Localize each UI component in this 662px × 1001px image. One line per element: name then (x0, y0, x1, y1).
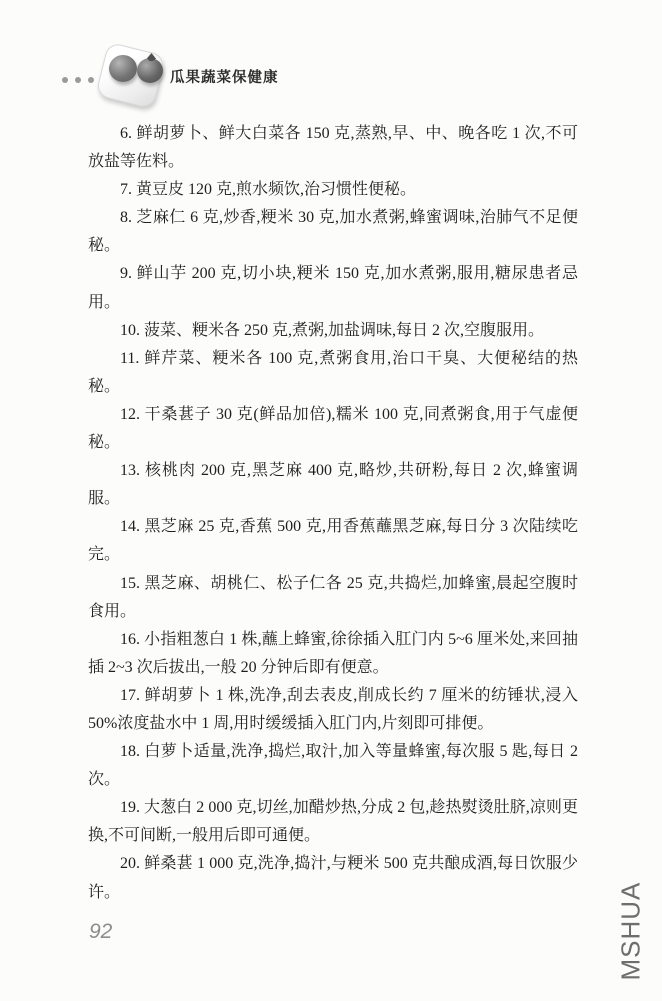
remedy-item-14: 14. 黑芝麻 25 克,香蕉 500 克,用香蕉蘸黑芝麻,每日分 3 次陆续吃… (88, 513, 578, 569)
publisher-watermark: MSHUA (616, 885, 647, 981)
tomato-left-icon (109, 55, 137, 82)
three-dots-icon (62, 77, 94, 83)
remedy-item-17: 17. 鲜胡萝卜 1 株,洗净,刮去表皮,削成长约 7 厘米的纺锤状,浸入 50… (88, 682, 578, 738)
remedy-item-20: 20. 鲜桑葚 1 000 克,洗净,捣汁,与粳米 500 克共酿成酒,每日饮服… (88, 850, 578, 906)
remedy-item-13: 13. 核桃肉 200 克,黑芝麻 400 克,略炒,共研粉,每日 2 次,蜂蜜… (88, 457, 578, 513)
book-page: 瓜果蔬菜保健康 6. 鲜胡萝卜、鲜大白菜各 150 克,蒸熟,早、中、晚各吃 1… (0, 0, 662, 1001)
remedy-item-9: 9. 鲜山芋 200 克,切小块,粳米 150 克,加水煮粥,服用,糖尿患者忌用… (88, 260, 578, 316)
remedy-item-7: 7. 黄豆皮 120 克,煎水频饮,治习惯性便秘。 (88, 176, 578, 204)
remedy-item-10: 10. 菠菜、粳米各 250 克,煮粥,加盐调味,每日 2 次,空腹服用。 (88, 317, 578, 345)
page-number: 92 (89, 920, 112, 944)
remedy-item-11: 11. 鲜芹菜、粳米各 100 克,煮粥食用,治口干臭、大便秘结的热秘。 (88, 345, 578, 401)
dot-icon (62, 77, 68, 83)
tomato-right-icon (137, 58, 163, 83)
remedy-item-8: 8. 芝麻仁 6 克,炒香,粳米 30 克,加水煮粥,蜂蜜调味,治肺气不足便秘。 (88, 204, 578, 260)
remedy-list: 6. 鲜胡萝卜、鲜大白菜各 150 克,蒸熟,早、中、晚各吃 1 次,不可放盐等… (88, 120, 578, 907)
chapter-title: 瓜果蔬菜保健康 (170, 66, 279, 87)
remedy-item-15: 15. 黑芝麻、胡桃仁、松子仁各 25 克,共捣烂,加蜂蜜,晨起空腹时食用。 (88, 570, 578, 626)
plate-with-two-tomatoes-icon (92, 45, 172, 109)
dot-icon (75, 77, 81, 83)
remedy-item-16: 16. 小指粗葱白 1 株,蘸上蜂蜜,徐徐插入肛门内 5~6 厘米处,来回抽插 … (88, 626, 578, 682)
remedy-item-18: 18. 白萝卜适量,洗净,捣烂,取汁,加入等量蜂蜜,每次服 5 匙,每日 2 次… (88, 738, 578, 794)
remedy-item-6: 6. 鲜胡萝卜、鲜大白菜各 150 克,蒸熟,早、中、晚各吃 1 次,不可放盐等… (88, 120, 578, 176)
remedy-item-19: 19. 大葱白 2 000 克,切丝,加醋炒热,分成 2 包,趁热熨烫肚脐,凉则… (88, 794, 578, 850)
remedy-item-12: 12. 干桑葚子 30 克(鲜品加倍),糯米 100 克,同煮粥食,用于气虚便秘… (88, 401, 578, 457)
